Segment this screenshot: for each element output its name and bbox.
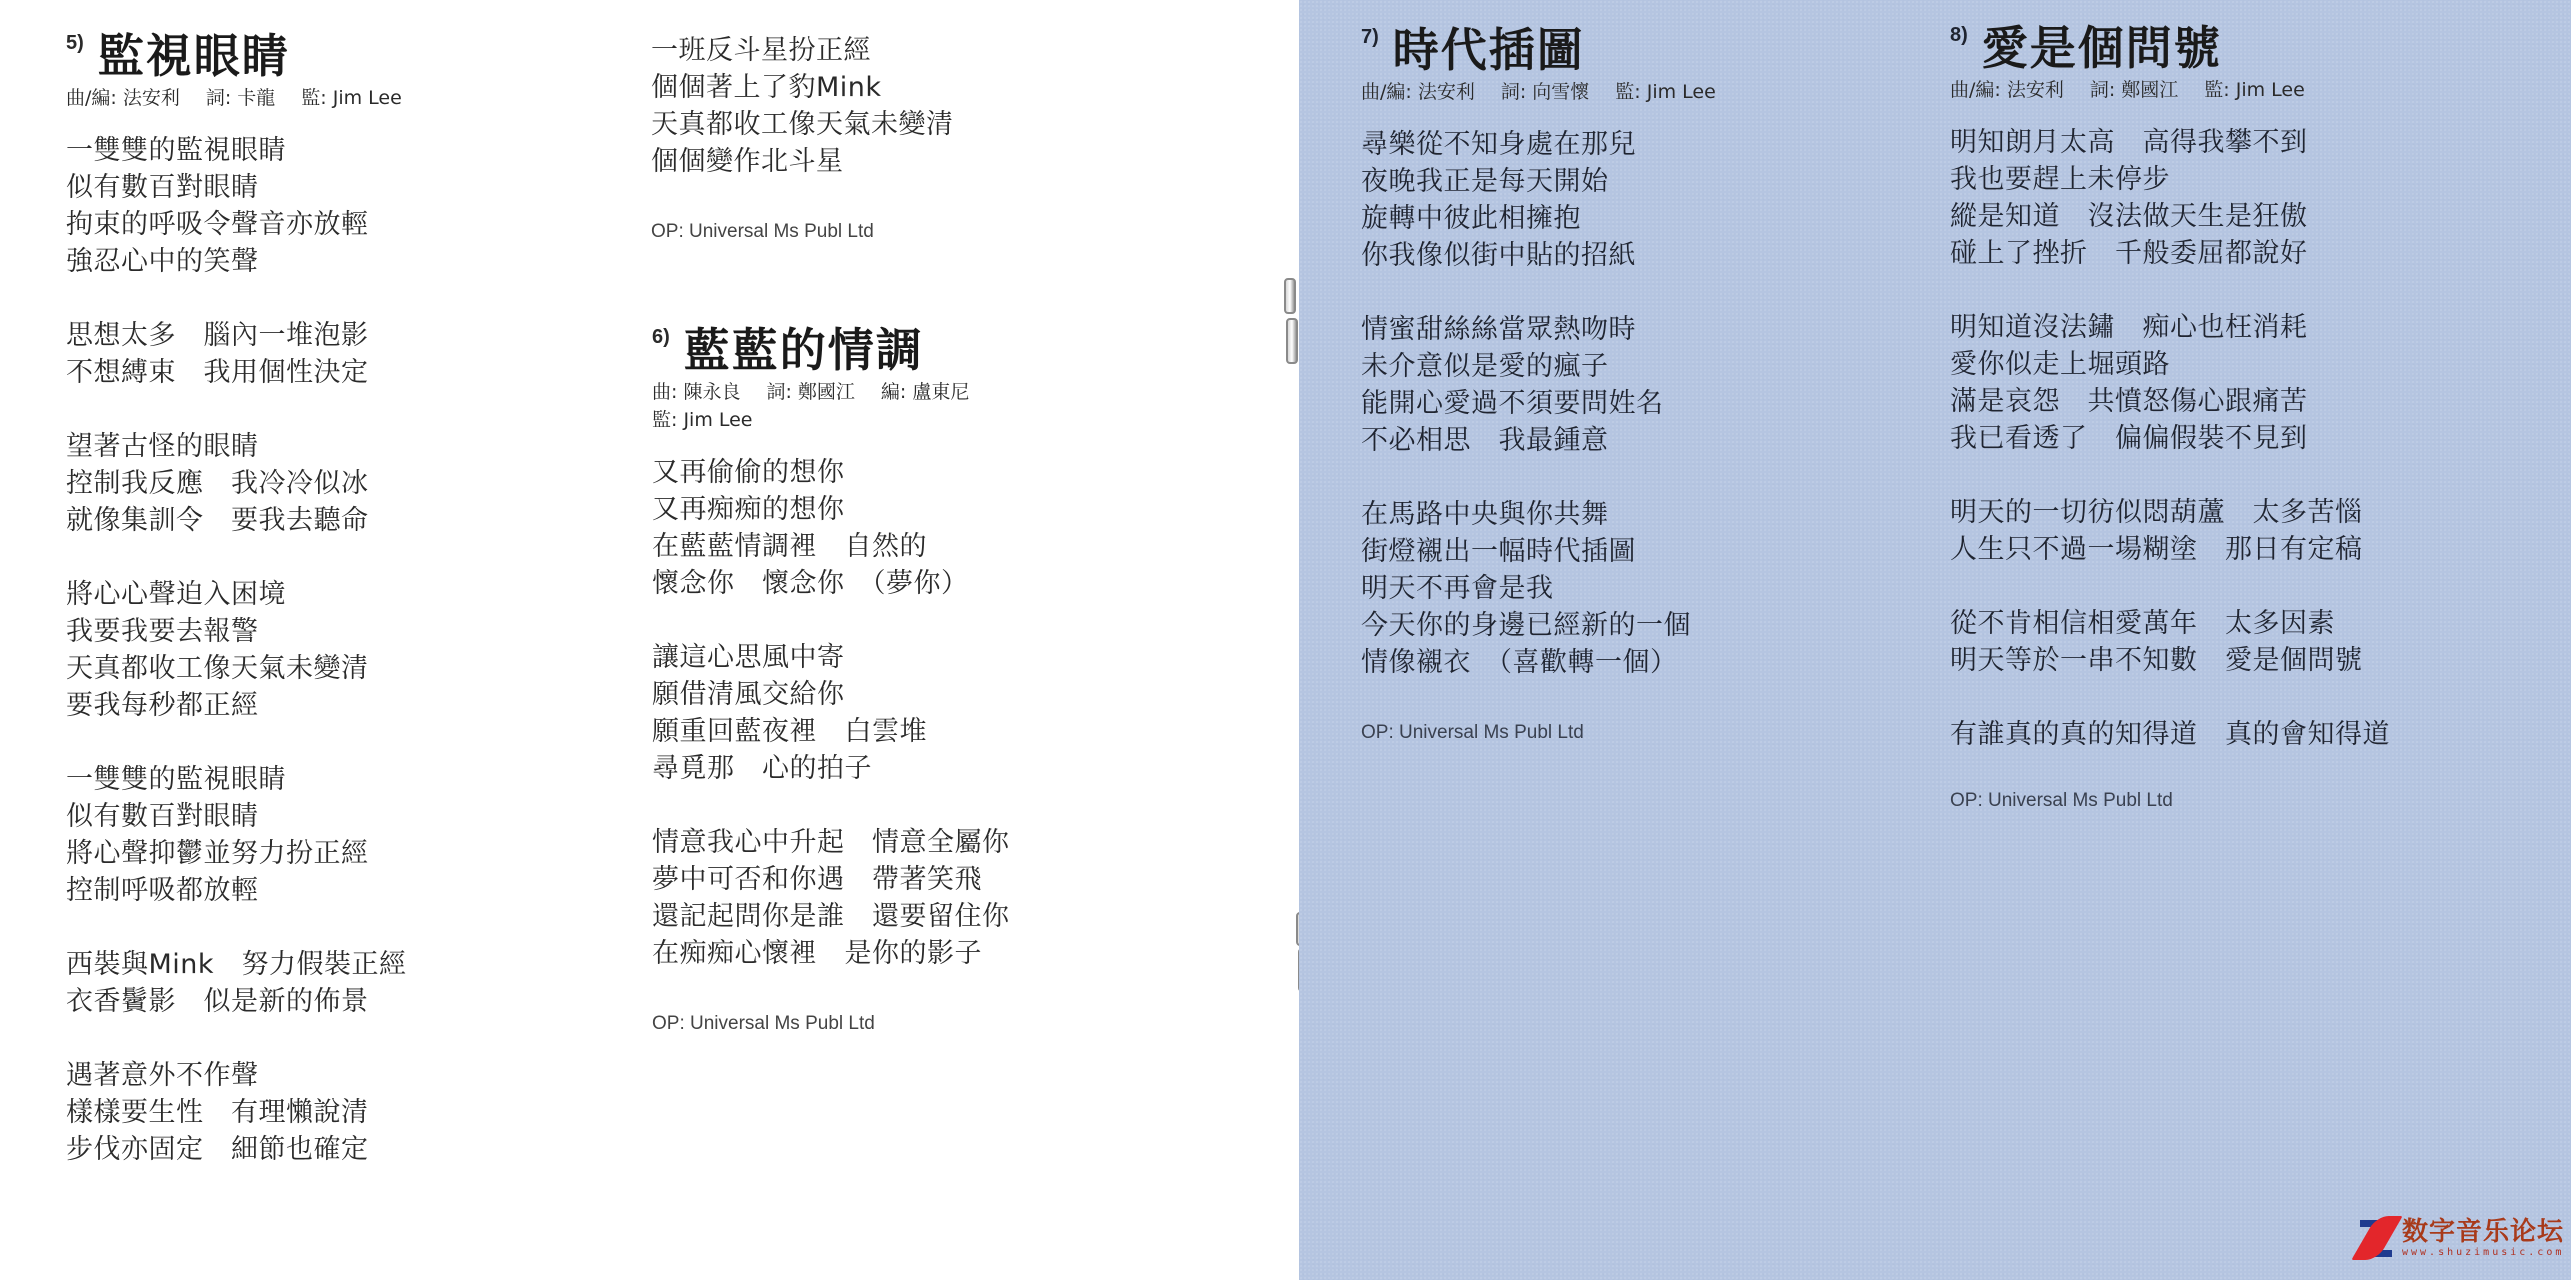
lyric-line: 將心聲抑鬱並努力扮正經 (66, 835, 428, 872)
stanza: 遇著意外不作聲 樣樣要生性 有理懶說清 步伐亦固定 細節也確定 (66, 1057, 428, 1168)
lyric-line: 個個著上了豹Mink (651, 69, 954, 106)
lyric-line: 在痴痴心懷裡 是你的影子 (652, 935, 1010, 972)
lyric-line: 明天等於一串不知數 愛是個問號 (1950, 642, 2390, 679)
lyrics: 一雙雙的監視眼睛 似有數百對眼睛 拘束的呼吸令聲音亦放輕 強忍心中的笑聲 思想太… (66, 132, 428, 1168)
lyric-line: 明天不再會是我 (1361, 570, 1742, 607)
lyric-line: 不想縛束 我用個性決定 (66, 354, 428, 391)
lyric-line: 懷念你 懷念你 （夢你） (652, 565, 1010, 602)
song-header: 5) 監視眼睛 (66, 28, 428, 84)
song-7: 7) 時代插圖 曲/編: 法安利詞: 向雪懷監: Jim Lee 尋樂從不知身處… (1361, 22, 1742, 745)
lyric-line: 人生只不過一場糊塗 那日有定稿 (1950, 531, 2390, 568)
lyric-line: 在馬路中央與你共舞 (1361, 496, 1742, 533)
credits: 曲: 陳永良詞: 鄭國江編: 盧東尼 (652, 378, 1010, 406)
song-header: 8) 愛是個問號 (1950, 20, 2390, 76)
stanza: 從不肯相信相愛萬年 太多因素 明天等於一串不知數 愛是個問號 (1950, 605, 2390, 679)
right-page: 7) 時代插圖 曲/編: 法安利詞: 向雪懷監: Jim Lee 尋樂從不知身處… (1299, 0, 2571, 1280)
stanza: 明知道沒法鏽 痴心也枉消耗 愛你似走上堀頭路 滿是哀怨 共憤怒傷心跟痛苦 我已看… (1950, 309, 2390, 457)
lyric-line: 明知朗月太高 高得我攀不到 (1950, 124, 2390, 161)
song-title: 藍藍的情調 (684, 322, 924, 378)
watermark: 数字音乐论坛 www.shuzimusic.com (2360, 1205, 2565, 1270)
track-number: 6) (652, 326, 670, 349)
credits: 曲/編: 法安利詞: 卡龍監: Jim Lee (66, 84, 428, 112)
lyrics: 尋樂從不知身處在那兒 夜晚我正是每天開始 旋轉中彼此相擁抱 你我像似街中貼的招紙… (1361, 126, 1742, 681)
lyric-line: 西裝與Mink 努力假裝正經 (66, 946, 428, 983)
lyric-line: 願借清風交給你 (652, 676, 1010, 713)
lyric-line: 強忍心中的笑聲 (66, 243, 428, 280)
song-header: 6) 藍藍的情調 (652, 322, 1010, 378)
lyric-line: 似有數百對眼睛 (66, 798, 428, 835)
lyric-line: 似有數百對眼睛 (66, 169, 428, 206)
lyric-line: 遇著意外不作聲 (66, 1057, 428, 1094)
lyric-line: 步伐亦固定 細節也確定 (66, 1131, 428, 1168)
song-5: 5) 監視眼睛 曲/編: 法安利詞: 卡龍監: Jim Lee 一雙雙的監視眼睛… (66, 28, 428, 1205)
credit-producer: 監: Jim Lee (2204, 79, 2305, 101)
lyric-line: 衣香鬢影 似是新的佈景 (66, 983, 428, 1020)
credit-music: 曲: 陳永良 (652, 381, 740, 403)
stanza: 望著古怪的眼睛 控制我反應 我冷冷似冰 就像集訓令 要我去聽命 (66, 428, 428, 539)
lyric-line: 讓這心思風中寄 (652, 639, 1010, 676)
lyric-line: 情蜜甜絲絲當眾熱吻時 (1361, 311, 1742, 348)
lyric-line: 樣樣要生性 有理懶說清 (66, 1094, 428, 1131)
stanza: 一雙雙的監視眼睛 似有數百對眼睛 將心聲抑鬱並努力扮正經 控制呼吸都放輕 (66, 761, 428, 909)
stanza: 讓這心思風中寄 願借清風交給你 願重回藍夜裡 白雲堆 尋覓那 心的拍子 (652, 639, 1010, 787)
lyrics: 又再偷偷的想你 又再痴痴的想你 在藍藍情調裡 自然的 懷念你 懷念你 （夢你） … (652, 454, 1010, 972)
staple-icon (1286, 318, 1298, 364)
lyric-line: 碰上了挫折 千般委屈都說好 (1950, 235, 2390, 272)
lyric-line: 不必相思 我最鍾意 (1361, 422, 1742, 459)
track-number: 7) (1361, 26, 1379, 49)
lyric-line: 又再偷偷的想你 (652, 454, 1010, 491)
song-header: 7) 時代插圖 (1361, 22, 1742, 78)
stanza: 西裝與Mink 努力假裝正經 衣香鬢影 似是新的佈景 (66, 946, 428, 1020)
lyric-line: 控制我反應 我冷冷似冰 (66, 465, 428, 502)
watermark-title: 数字音乐论坛 (2402, 1217, 2564, 1247)
lyric-line: 天真都收工像天氣未變清 (66, 650, 428, 687)
lyric-line: 我也要趕上未停步 (1950, 161, 2390, 198)
credit-producer: 監: Jim Lee (1615, 81, 1716, 103)
lyric-line: 愛你似走上堀頭路 (1950, 346, 2390, 383)
stanza: 又再偷偷的想你 又再痴痴的想你 在藍藍情調裡 自然的 懷念你 懷念你 （夢你） (652, 454, 1010, 602)
left-page: 5) 監視眼睛 曲/編: 法安利詞: 卡龍監: Jim Lee 一雙雙的監視眼睛… (0, 0, 1300, 1280)
track-number: 8) (1950, 24, 1968, 47)
watermark-url: www.shuzimusic.com (2402, 1247, 2564, 1258)
lyric-line: 在藍藍情調裡 自然的 (652, 528, 1010, 565)
song-6: 6) 藍藍的情調 曲: 陳永良詞: 鄭國江編: 盧東尼 監: Jim Lee 又… (652, 322, 1010, 1036)
stanza: 有誰真的真的知得道 真的會知得道 (1950, 716, 2390, 753)
credit-music: 曲/編: 法安利 (1361, 81, 1475, 103)
lyric-line: 旋轉中彼此相擁抱 (1361, 200, 1742, 237)
lyric-line: 今天你的身邊已經新的一個 (1361, 607, 1742, 644)
stanza: 明知朗月太高 高得我攀不到 我也要趕上未停步 縱是知道 沒法做天生是狂傲 碰上了… (1950, 124, 2390, 272)
credit-producer: 監: Jim Lee (652, 406, 1010, 434)
lyric-line: 拘束的呼吸令聲音亦放輕 (66, 206, 428, 243)
watermark-text: 数字音乐论坛 www.shuzimusic.com (2402, 1217, 2564, 1258)
song-title: 監視眼睛 (98, 28, 290, 84)
lyric-line: 夜晚我正是每天開始 (1361, 163, 1742, 200)
lyric-line: 明知道沒法鏽 痴心也枉消耗 (1950, 309, 2390, 346)
song-title: 時代插圖 (1393, 22, 1585, 78)
lyric-line: 情意我心中升起 情意全屬你 (652, 824, 1010, 861)
stanza: 一雙雙的監視眼睛 似有數百對眼睛 拘束的呼吸令聲音亦放輕 強忍心中的笑聲 (66, 132, 428, 280)
lyric-line: 就像集訓令 要我去聽命 (66, 502, 428, 539)
lyric-line: 尋樂從不知身處在那兒 (1361, 126, 1742, 163)
song-title: 愛是個問號 (1982, 20, 2222, 76)
lyric-line: 控制呼吸都放輕 (66, 872, 428, 909)
lyric-line: 願重回藍夜裡 白雲堆 (652, 713, 1010, 750)
lyric-line: 從不肯相信相愛萬年 太多因素 (1950, 605, 2390, 642)
lyric-line: 縱是知道 沒法做天生是狂傲 (1950, 198, 2390, 235)
stanza: 情蜜甜絲絲當眾熱吻時 未介意似是愛的瘋子 能開心愛過不須要問姓名 不必相思 我最… (1361, 311, 1742, 459)
track-number: 5) (66, 32, 84, 55)
stanza: 情意我心中升起 情意全屬你 夢中可否和你遇 帶著笑飛 還記起問你是誰 還要留住你… (652, 824, 1010, 972)
stanza: 思想太多 腦內一堆泡影 不想縛束 我用個性決定 (66, 317, 428, 391)
song-8: 8) 愛是個問號 曲/編: 法安利詞: 鄭國江監: Jim Lee 明知朗月太高… (1950, 20, 2390, 813)
credit-lyrics: 詞: 鄭國江 (2090, 79, 2178, 101)
lyric-line: 你我像似街中貼的招紙 (1361, 237, 1742, 274)
lyric-line: 天真都收工像天氣未變清 (651, 106, 954, 143)
stanza: 明天的一切彷似悶葫蘆 太多苦惱 人生只不過一場糊塗 那日有定稿 (1950, 494, 2390, 568)
credit-lyrics: 詞: 向雪懷 (1501, 81, 1589, 103)
lyric-line: 一班反斗星扮正經 (651, 32, 954, 69)
lyric-line: 明天的一切彷似悶葫蘆 太多苦惱 (1950, 494, 2390, 531)
lyric-line: 將心心聲迫入困境 (66, 576, 428, 613)
song-5-continued: 一班反斗星扮正經 個個著上了豹Mink 天真都收工像天氣未變清 個個變作北斗星 … (651, 32, 954, 244)
lyric-line: 情像襯衣 （喜歡轉一個） (1361, 644, 1742, 681)
lyric-line: 思想太多 腦內一堆泡影 (66, 317, 428, 354)
staple-icon (1284, 278, 1296, 314)
credit-arranger: 編: 盧東尼 (881, 381, 969, 403)
lyric-line: 街燈襯出一幅時代插圖 (1361, 533, 1742, 570)
stanza: 將心心聲迫入困境 我要我要去報警 天真都收工像天氣未變清 要我每秒都正經 (66, 576, 428, 724)
publisher-note: OP: Universal Ms Publ Ltd (651, 220, 954, 244)
publisher-note: OP: Universal Ms Publ Ltd (1950, 789, 2390, 813)
credit-music: 曲/編: 法安利 (1950, 79, 2064, 101)
credit-lyrics: 詞: 卡龍 (206, 87, 275, 109)
lyric-line: 要我每秒都正經 (66, 687, 428, 724)
lyric-line: 我要我要去報警 (66, 613, 428, 650)
lyric-line: 尋覓那 心的拍子 (652, 750, 1010, 787)
stanza: 尋樂從不知身處在那兒 夜晚我正是每天開始 旋轉中彼此相擁抱 你我像似街中貼的招紙 (1361, 126, 1742, 274)
stanza: 在馬路中央與你共舞 街燈襯出一幅時代插圖 明天不再會是我 今天你的身邊已經新的一… (1361, 496, 1742, 681)
lyric-line: 還記起問你是誰 還要留住你 (652, 898, 1010, 935)
lyric-line: 能開心愛過不須要問姓名 (1361, 385, 1742, 422)
lyric-line: 望著古怪的眼睛 (66, 428, 428, 465)
lyric-line: 未介意似是愛的瘋子 (1361, 348, 1742, 385)
lyric-line: 個個變作北斗星 (651, 143, 954, 180)
credit-lyrics: 詞: 鄭國江 (766, 381, 854, 403)
lyric-line: 一雙雙的監視眼睛 (66, 761, 428, 798)
lyric-line: 有誰真的真的知得道 真的會知得道 (1950, 716, 2390, 753)
credit-music: 曲/編: 法安利 (66, 87, 180, 109)
credit-producer: 監: Jim Lee (301, 87, 402, 109)
lyric-line: 又再痴痴的想你 (652, 491, 1010, 528)
lyric-line: 滿是哀怨 共憤怒傷心跟痛苦 (1950, 383, 2390, 420)
lyric-line: 一雙雙的監視眼睛 (66, 132, 428, 169)
stanza: 一班反斗星扮正經 個個著上了豹Mink 天真都收工像天氣未變清 個個變作北斗星 (651, 32, 954, 180)
lyrics: 明知朗月太高 高得我攀不到 我也要趕上未停步 縱是知道 沒法做天生是狂傲 碰上了… (1950, 124, 2390, 753)
lyric-line: 我已看透了 偏偏假裝不見到 (1950, 420, 2390, 457)
credits: 曲/編: 法安利詞: 向雪懷監: Jim Lee (1361, 78, 1742, 106)
credits: 曲/編: 法安利詞: 鄭國江監: Jim Lee (1950, 76, 2390, 104)
z-logo-icon (2360, 1214, 2396, 1262)
publisher-note: OP: Universal Ms Publ Ltd (652, 1012, 1010, 1036)
publisher-note: OP: Universal Ms Publ Ltd (1361, 721, 1742, 745)
lyric-line: 夢中可否和你遇 帶著笑飛 (652, 861, 1010, 898)
